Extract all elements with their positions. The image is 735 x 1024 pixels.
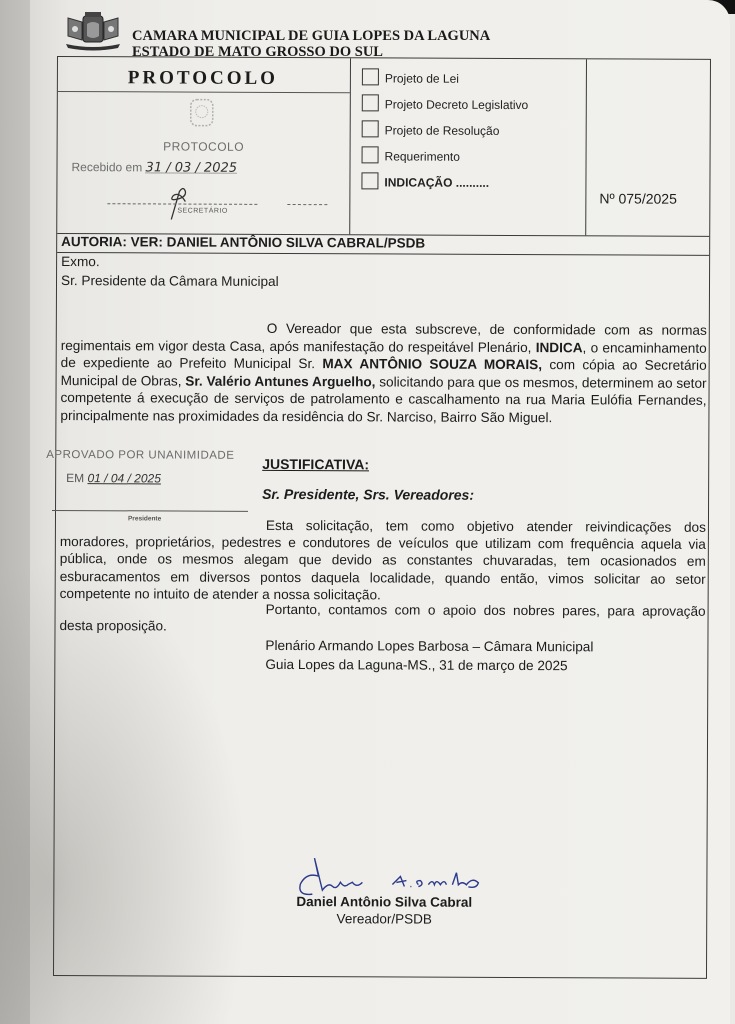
divider <box>52 510 248 512</box>
salutation-line1: Exmo. <box>61 253 100 270</box>
signer-role: Vereador/PSDB <box>264 911 504 927</box>
checkbox-label: INDICAÇÃO .......... <box>384 175 489 189</box>
document-number: Nº 075/2025 <box>599 190 677 206</box>
secretary-name: Sr. Valério Antunes Arguelho, <box>185 373 375 389</box>
divider <box>58 91 350 93</box>
indication-paragraph: O Vereador que esta subscreve, de confor… <box>60 319 706 427</box>
plenary-place: Plenário Armando Lopes Barbosa – Câmara … <box>265 636 593 656</box>
received-stamp: Recebido em 31 / 03 / 2025 <box>71 160 237 176</box>
checkbox-label: Projeto de Resolução <box>385 123 500 138</box>
date-line: Guia Lopes da Laguna-MS., 31 de março de… <box>265 655 593 675</box>
checkbox-projeto-decreto-legislativo[interactable]: Projeto Decreto Legislativo <box>362 94 528 112</box>
checkbox-projeto-de-resolucao[interactable]: Projeto de Resolução <box>362 120 500 138</box>
coat-of-arms-icon <box>64 10 122 52</box>
checkbox-projeto-de-lei[interactable]: Projeto de Lei <box>362 68 459 85</box>
justification-greeting: Sr. Presidente, Srs. Vereadores: <box>262 486 474 503</box>
secretary-label: SECRETÁRIO <box>177 208 228 215</box>
chamber-name: CAMARA MUNICIPAL DE GUIA LOPES DA LAGUNA <box>132 28 490 44</box>
checkbox[interactable] <box>362 120 379 137</box>
checkbox-requerimento[interactable]: Requerimento <box>362 146 460 163</box>
justification-paragraph-1: Esta solicitação, tem como objetivo aten… <box>60 516 706 605</box>
justification-paragraph-2: Portanto, contamos com o apoio dos nobre… <box>59 600 705 637</box>
checkbox-label: Projeto Decreto Legislativo <box>385 97 528 112</box>
handwritten-signature-icon <box>292 854 522 899</box>
checkbox[interactable] <box>362 146 379 163</box>
authorship-row: AUTORIA: VER: DANIEL ANTÔNIO SILVA CABRA… <box>57 233 709 256</box>
checkbox[interactable] <box>362 68 379 85</box>
mayor-name: MAX ANTÔNIO SOUZA MORAIS, <box>322 356 542 372</box>
divider <box>287 204 327 205</box>
text-bold: INDICA <box>536 340 583 355</box>
approval-date: 01 / 04 / 2025 <box>87 471 160 485</box>
form-frame: PROTOCOLO PROTOCOLO Recebido em 31 / 03 … <box>53 56 711 979</box>
checkbox[interactable] <box>361 172 378 189</box>
protocol-stamp-label: PROTOCOLO <box>58 139 350 154</box>
letterhead-text: CAMARA MUNICIPAL DE GUIA LOPES DA LAGUNA… <box>132 28 490 60</box>
closing-block: Plenário Armando Lopes Barbosa – Câmara … <box>265 636 593 675</box>
salutation-line2: Sr. Presidente da Câmara Municipal <box>61 272 279 290</box>
number-box: Nº 075/2025 <box>587 59 710 236</box>
authorship-text: AUTORIA: VER: DANIEL ANTÔNIO SILVA CABRA… <box>61 234 425 251</box>
checkbox[interactable] <box>362 94 379 111</box>
checkbox-label: Requerimento <box>385 149 460 163</box>
checkbox-indicacao[interactable]: INDICAÇÃO .......... <box>361 172 489 190</box>
document-type-list: Projeto de Lei Projeto Decreto Legislati… <box>351 58 587 235</box>
received-label: Recebido em <box>71 160 142 174</box>
protocol-box: PROTOCOLO PROTOCOLO Recebido em 31 / 03 … <box>57 57 351 234</box>
signer-block: Daniel Antônio Silva Cabral Vereador/PSD… <box>264 894 504 927</box>
justification-title: JUSTIFICATIVA: <box>262 456 369 472</box>
checkbox-label: Projeto de Lei <box>385 71 459 85</box>
approval-stamp-text: APROVADO POR UNANIMIDADE <box>46 449 234 462</box>
approval-stamp-date: EM 01 / 04 / 2025 <box>66 471 161 485</box>
received-date: 31 / 03 / 2025 <box>146 160 238 175</box>
signer-name: Daniel Antônio Silva Cabral <box>264 894 504 910</box>
approval-date-prefix: EM <box>66 471 84 485</box>
protocol-title: PROTOCOLO <box>58 67 348 90</box>
seal-stamp-icon <box>188 98 216 128</box>
